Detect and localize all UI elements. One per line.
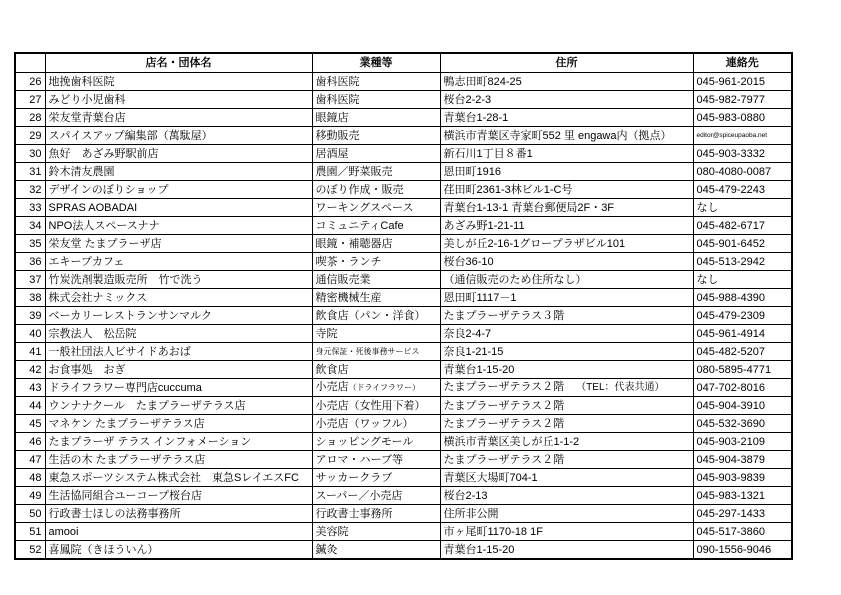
shop-name-cell: ドライフラワー専門店cuccuma [45, 379, 312, 397]
address-text: 新石川1丁目８番1 [444, 148, 533, 160]
row-number-cell: 46 [15, 433, 45, 451]
contact-cell: 045-901-6452 [693, 235, 792, 253]
address-text: 美しが丘2-16-1グロープラザビル101 [444, 238, 626, 250]
row-number-cell: 31 [15, 163, 45, 181]
table-row: 45 マネケン たまプラーザテラス店 小売店（ワッフル） たまプラーザテラス２階… [15, 415, 792, 433]
table-row: 50 行政書士ほしの法務事務所 行政書士事務所 住所非公開 045-297-14… [15, 505, 792, 523]
business-type-text: 眼鏡店 [316, 112, 349, 124]
directory-table: 店名・団体名 業種等 住所 連絡先 26 地挽歯科医院 歯科医院 鴨志田町824… [14, 52, 793, 560]
contact-cell: 045-983-0880 [693, 109, 792, 127]
page: 店名・団体名 業種等 住所 連絡先 26 地挽歯科医院 歯科医院 鴨志田町824… [0, 0, 841, 595]
shop-name-cell: 竹炭洗剤製造販売所 竹で洗う [45, 271, 312, 289]
address-cell: たまプラーザテラス３階 [440, 307, 693, 325]
business-type-text: 移動販売 [316, 130, 360, 142]
address-text: あざみ野1-21-11 [444, 220, 525, 232]
address-cell: たまプラーザテラス２階 [440, 397, 693, 415]
business-type-cell: 眼鏡・補聴器店 [312, 235, 440, 253]
shop-name-cell: SPRAS AOBADAI [45, 199, 312, 217]
contact-cell: なし [693, 271, 792, 289]
address-text: 奈良2-4-7 [444, 328, 492, 340]
business-type-cell: 小売店（ワッフル） [312, 415, 440, 433]
contact-cell: 045-904-3879 [693, 451, 792, 469]
shop-name-cell: 喜鳳院（きほういん） [45, 541, 312, 560]
header-row: 店名・団体名 業種等 住所 連絡先 [15, 53, 792, 73]
row-number-cell: 36 [15, 253, 45, 271]
business-type-text: 喫茶・ランチ [316, 256, 382, 268]
address-text: 鴨志田町824-25 [444, 76, 522, 88]
address-text: たまプラーザテラス２階 [444, 418, 565, 430]
address-cell: 奈良1-21-15 [440, 343, 693, 361]
business-type-cell: 通信販売業 [312, 271, 440, 289]
table-row: 34 NPO法人スペースナナ コミュニティCafe あざみ野1-21-11 04… [15, 217, 792, 235]
contact-cell: 047-702-8016 [693, 379, 792, 397]
address-text: 恩田町1117－1 [444, 292, 517, 304]
header-business-type: 業種等 [312, 53, 440, 73]
business-type-text: 行政書士事務所 [316, 508, 393, 520]
header-shop-name: 店名・団体名 [45, 53, 312, 73]
row-number-cell: 48 [15, 469, 45, 487]
address-text: たまプラーザテラス３階 [444, 310, 565, 322]
shop-name-cell: 魚好 あざみ野駅前店 [45, 145, 312, 163]
business-type-text: ショッピングモール [316, 436, 414, 448]
address-text: 青葉区大場町704-1 [444, 472, 538, 484]
contact-cell: 045-904-3910 [693, 397, 792, 415]
row-number-cell: 28 [15, 109, 45, 127]
business-type-cell: 眼鏡店 [312, 109, 440, 127]
contact-cell: 045-903-3332 [693, 145, 792, 163]
row-number-cell: 39 [15, 307, 45, 325]
table-row: 33 SPRAS AOBADAI ワーキングスペース 青葉台1-13-1 青葉台… [15, 199, 792, 217]
shop-name-cell: 鈴木清友農園 [45, 163, 312, 181]
row-number-cell: 35 [15, 235, 45, 253]
row-number-cell: 52 [15, 541, 45, 560]
shop-name-cell: amooi [45, 523, 312, 541]
address-cell: 住所非公開 [440, 505, 693, 523]
table-row: 43 ドライフラワー専門店cuccuma 小売店（ドライフラワー） たまプラーザ… [15, 379, 792, 397]
shop-name-cell: お食事処 おぎ [45, 361, 312, 379]
address-text: たまプラーザテラス２階 [444, 400, 565, 412]
address-text: （通信販売のため住所なし） [444, 274, 587, 286]
business-type-cell: アロマ・ハーブ等 [312, 451, 440, 469]
business-type-text: 飲食店 [316, 364, 349, 376]
address-cell: 青葉区大場町704-1 [440, 469, 693, 487]
business-type-text: アロマ・ハーブ等 [316, 454, 403, 466]
table-row: 39 ベーカリーレストランサンマルク 飲食店（パン・洋食） たまプラーザテラス３… [15, 307, 792, 325]
contact-cell: 045-482-5207 [693, 343, 792, 361]
contact-cell: 045-517-3860 [693, 523, 792, 541]
business-type-text: 小売店（女性用下着） [316, 400, 426, 412]
row-number-cell: 50 [15, 505, 45, 523]
shop-name-cell: 生活協同組合ユーコープ桜台店 [45, 487, 312, 505]
address-cell: 桜台2-13 [440, 487, 693, 505]
table-row: 41 一般社団法人ビサイドあおば 身元保証・死後事務サービス 奈良1-21-15… [15, 343, 792, 361]
table-row: 35 栄友堂 たまプラーザ店 眼鏡・補聴器店 美しが丘2-16-1グロープラザビ… [15, 235, 792, 253]
address-text: 横浜市青葉区美しが丘1-1-2 [444, 436, 580, 448]
shop-name-cell: たまプラーザ テラス インフォメーション [45, 433, 312, 451]
address-cell: たまプラーザテラス２階 [440, 451, 693, 469]
contact-cell: 045-982-7977 [693, 91, 792, 109]
contact-cell: editor@spiceupaoba.net [693, 127, 792, 145]
business-type-text: 眼鏡・補聴器店 [316, 238, 393, 250]
business-type-text: 小売店 [316, 381, 349, 393]
table-row: 38 株式会社ナミックス 精密機械生産 恩田町1117－1 045-988-43… [15, 289, 792, 307]
table-row: 32 デザインのぼりショップ のぼり作成・販売 荏田町2361-3林ビル1-C号… [15, 181, 792, 199]
business-type-text: 身元保証・死後事務サービス [316, 347, 420, 356]
business-type-cell: ショッピングモール [312, 433, 440, 451]
address-cell: あざみ野1-21-11 [440, 217, 693, 235]
address-text: 青葉台1-15-20 [444, 364, 515, 376]
contact-cell: 045-983-1321 [693, 487, 792, 505]
business-type-text: 寺院 [316, 328, 338, 340]
table-row: 44 ウンナナクール たまプラーザテラス店 小売店（女性用下着） たまプラーザテ… [15, 397, 792, 415]
shop-name-cell: 株式会社ナミックス [45, 289, 312, 307]
contact-cell: 090-1556-9046 [693, 541, 792, 560]
shop-name-cell: みどり小児歯科 [45, 91, 312, 109]
table-row: 46 たまプラーザ テラス インフォメーション ショッピングモール 横浜市青葉区… [15, 433, 792, 451]
row-number-cell: 30 [15, 145, 45, 163]
address-cell: 荏田町2361-3林ビル1-C号 [440, 181, 693, 199]
shop-name-cell: 栄友堂青葉台店 [45, 109, 312, 127]
business-type-cell: 歯科医院 [312, 73, 440, 91]
business-type-cell: 寺院 [312, 325, 440, 343]
table-row: 27 みどり小児歯科 歯科医院 桜台2-2-3 045-982-7977 [15, 91, 792, 109]
table-body: 26 地挽歯科医院 歯科医院 鴨志田町824-25 045-961-2015 2… [15, 73, 792, 560]
business-type-text: サッカークラブ [316, 472, 393, 484]
row-number-cell: 38 [15, 289, 45, 307]
row-number-cell: 51 [15, 523, 45, 541]
row-number-cell: 41 [15, 343, 45, 361]
business-type-text: 歯科医院 [316, 94, 360, 106]
address-cell: 桜台2-2-3 [440, 91, 693, 109]
table-row: 36 エキープカフェ 喫茶・ランチ 桜台36-10 045-513-2942 [15, 253, 792, 271]
shop-name-cell: 生活の木 たまプラーザテラス店 [45, 451, 312, 469]
business-type-text: のぼり作成・販売 [316, 184, 404, 196]
shop-name-cell: ウンナナクール たまプラーザテラス店 [45, 397, 312, 415]
row-number-cell: 45 [15, 415, 45, 433]
address-text: たまプラーザテラス２階 [444, 454, 565, 466]
address-text: 横浜市青葉区寺家町552 里 engawa内（拠点） [444, 130, 672, 142]
address-text: 恩田町1916 [444, 166, 501, 178]
shop-name-cell: 一般社団法人ビサイドあおば [45, 343, 312, 361]
business-type-cell: サッカークラブ [312, 469, 440, 487]
header-contact: 連絡先 [693, 53, 792, 73]
business-type-cell: 小売店（ドライフラワー） [312, 379, 440, 397]
table-row: 52 喜鳳院（きほういん） 鍼灸 青葉台1-15-20 090-1556-904… [15, 541, 792, 560]
address-text: 青葉台1-13-1 青葉台郵便局2F・3F [444, 202, 615, 214]
address-text: 住所非公開 [444, 508, 499, 520]
address-cell: 市ヶ尾町1170-18 1F [440, 523, 693, 541]
header-row-number [15, 53, 45, 73]
row-number-cell: 33 [15, 199, 45, 217]
business-type-cell: 小売店（女性用下着） [312, 397, 440, 415]
address-text: 青葉台1-28-1 [444, 112, 509, 124]
business-type-cell: スーパー／小売店 [312, 487, 440, 505]
address-cell: 恩田町1117－1 [440, 289, 693, 307]
business-type-text: 美容院 [316, 526, 349, 538]
row-number-cell: 42 [15, 361, 45, 379]
row-number-cell: 44 [15, 397, 45, 415]
table-row: 51 amooi 美容院 市ヶ尾町1170-18 1F 045-517-3860 [15, 523, 792, 541]
contact-cell: 045-988-4390 [693, 289, 792, 307]
business-type-text: コミュニティCafe [316, 220, 404, 232]
business-type-cell: 歯科医院 [312, 91, 440, 109]
address-cell: 青葉台1-15-20 [440, 541, 693, 560]
address-cell: 新石川1丁目８番1 [440, 145, 693, 163]
table-row: 31 鈴木清友農園 農園／野菜販売 恩田町1916 080-4080-0087 [15, 163, 792, 181]
address-cell: 青葉台1-15-20 [440, 361, 693, 379]
shop-name-cell: NPO法人スペースナナ [45, 217, 312, 235]
row-number-cell: 37 [15, 271, 45, 289]
address-cell: 美しが丘2-16-1グロープラザビル101 [440, 235, 693, 253]
business-type-cell: 鍼灸 [312, 541, 440, 560]
business-type-cell: 移動販売 [312, 127, 440, 145]
address-text: 桜台2-13 [444, 490, 488, 502]
contact-cell: 045-961-4914 [693, 325, 792, 343]
business-type-cell: 美容院 [312, 523, 440, 541]
address-cell: （通信販売のため住所なし） [440, 271, 693, 289]
table-row: 29 スパイスアップ編集部（萬駄屋） 移動販売 横浜市青葉区寺家町552 里 e… [15, 127, 792, 145]
row-number-cell: 43 [15, 379, 45, 397]
contact-cell: 045-479-2309 [693, 307, 792, 325]
business-type-text: 小売店（ワッフル） [316, 418, 414, 430]
business-type-text: ワーキングスペース [316, 202, 414, 214]
business-type-cell: 飲食店 [312, 361, 440, 379]
business-type-cell: のぼり作成・販売 [312, 181, 440, 199]
shop-name-cell: エキープカフェ [45, 253, 312, 271]
table-row: 30 魚好 あざみ野駅前店 居酒屋 新石川1丁目８番1 045-903-3332 [15, 145, 792, 163]
row-number-cell: 26 [15, 73, 45, 91]
contact-cell: 045-482-6717 [693, 217, 792, 235]
business-type-cell: 精密機械生産 [312, 289, 440, 307]
address-note: （TEL：代表共通） [576, 382, 664, 393]
table-row: 48 東急スポーツシステム株式会社 東急SレイエスFC サッカークラブ 青葉区大… [15, 469, 792, 487]
table-row: 40 宗教法人 松岳院 寺院 奈良2-4-7 045-961-4914 [15, 325, 792, 343]
address-cell: たまプラーザテラス２階（TEL：代表共通） [440, 379, 693, 397]
table-row: 26 地挽歯科医院 歯科医院 鴨志田町824-25 045-961-2015 [15, 73, 792, 91]
address-cell: 恩田町1916 [440, 163, 693, 181]
business-type-note: （ドライフラワー） [349, 383, 421, 392]
address-text: 市ヶ尾町1170-18 1F [444, 526, 543, 538]
address-cell: 奈良2-4-7 [440, 325, 693, 343]
address-cell: 桜台36-10 [440, 253, 693, 271]
row-number-cell: 40 [15, 325, 45, 343]
row-number-cell: 29 [15, 127, 45, 145]
shop-name-cell: マネケン たまプラーザテラス店 [45, 415, 312, 433]
business-type-text: 通信販売業 [316, 274, 371, 286]
address-text: 荏田町2361-3林ビル1-C号 [444, 184, 573, 196]
business-type-text: 農園／野菜販売 [316, 166, 393, 178]
address-text: たまプラーザテラス２階 [444, 381, 565, 393]
row-number-cell: 49 [15, 487, 45, 505]
address-cell: 青葉台1-28-1 [440, 109, 693, 127]
row-number-cell: 47 [15, 451, 45, 469]
business-type-cell: 行政書士事務所 [312, 505, 440, 523]
contact-cell: 045-903-9839 [693, 469, 792, 487]
contact-cell: なし [693, 199, 792, 217]
business-type-text: スーパー／小売店 [316, 490, 403, 502]
shop-name-cell: 栄友堂 たまプラーザ店 [45, 235, 312, 253]
address-text: 桜台36-10 [444, 256, 494, 268]
contact-cell: 045-961-2015 [693, 73, 792, 91]
table-row: 42 お食事処 おぎ 飲食店 青葉台1-15-20 080-5895-4771 [15, 361, 792, 379]
business-type-cell: 農園／野菜販売 [312, 163, 440, 181]
shop-name-cell: 行政書士ほしの法務事務所 [45, 505, 312, 523]
row-number-cell: 34 [15, 217, 45, 235]
address-text: 青葉台1-15-20 [444, 544, 515, 556]
shop-name-cell: デザインのぼりショップ [45, 181, 312, 199]
contact-cell: 080-5895-4771 [693, 361, 792, 379]
address-cell: たまプラーザテラス２階 [440, 415, 693, 433]
row-number-cell: 27 [15, 91, 45, 109]
address-cell: 横浜市青葉区寺家町552 里 engawa内（拠点） [440, 127, 693, 145]
table-row: 47 生活の木 たまプラーザテラス店 アロマ・ハーブ等 たまプラーザテラス２階 … [15, 451, 792, 469]
address-cell: 青葉台1-13-1 青葉台郵便局2F・3F [440, 199, 693, 217]
shop-name-cell: 宗教法人 松岳院 [45, 325, 312, 343]
business-type-cell: 居酒屋 [312, 145, 440, 163]
business-type-text: 居酒屋 [316, 148, 349, 160]
contact-cell: 045-532-3690 [693, 415, 792, 433]
contact-cell: 045-479-2243 [693, 181, 792, 199]
table-row: 28 栄友堂青葉台店 眼鏡店 青葉台1-28-1 045-983-0880 [15, 109, 792, 127]
business-type-cell: 飲食店（パン・洋食） [312, 307, 440, 325]
address-text: 桜台2-2-3 [444, 94, 492, 106]
address-cell: 横浜市青葉区美しが丘1-1-2 [440, 433, 693, 451]
address-cell: 鴨志田町824-25 [440, 73, 693, 91]
table-row: 49 生活協同組合ユーコープ桜台店 スーパー／小売店 桜台2-13 045-98… [15, 487, 792, 505]
business-type-cell: 喫茶・ランチ [312, 253, 440, 271]
business-type-cell: ワーキングスペース [312, 199, 440, 217]
row-number-cell: 32 [15, 181, 45, 199]
table-row: 37 竹炭洗剤製造販売所 竹で洗う 通信販売業 （通信販売のため住所なし） なし [15, 271, 792, 289]
contact-cell: 045-903-2109 [693, 433, 792, 451]
shop-name-cell: 東急スポーツシステム株式会社 東急SレイエスFC [45, 469, 312, 487]
contact-cell: 045-513-2942 [693, 253, 792, 271]
business-type-cell: 身元保証・死後事務サービス [312, 343, 440, 361]
business-type-text: 飲食店（パン・洋食） [316, 310, 426, 322]
shop-name-cell: 地挽歯科医院 [45, 73, 312, 91]
contact-cell: 045-297-1433 [693, 505, 792, 523]
address-text: 奈良1-21-15 [444, 346, 504, 358]
shop-name-cell: ベーカリーレストランサンマルク [45, 307, 312, 325]
table-header: 店名・団体名 業種等 住所 連絡先 [15, 53, 792, 73]
contact-cell: 080-4080-0087 [693, 163, 792, 181]
business-type-text: 鍼灸 [316, 544, 338, 556]
business-type-text: 精密機械生産 [316, 292, 382, 304]
shop-name-cell: スパイスアップ編集部（萬駄屋） [45, 127, 312, 145]
business-type-text: 歯科医院 [316, 76, 360, 88]
header-address: 住所 [440, 53, 693, 73]
business-type-cell: コミュニティCafe [312, 217, 440, 235]
